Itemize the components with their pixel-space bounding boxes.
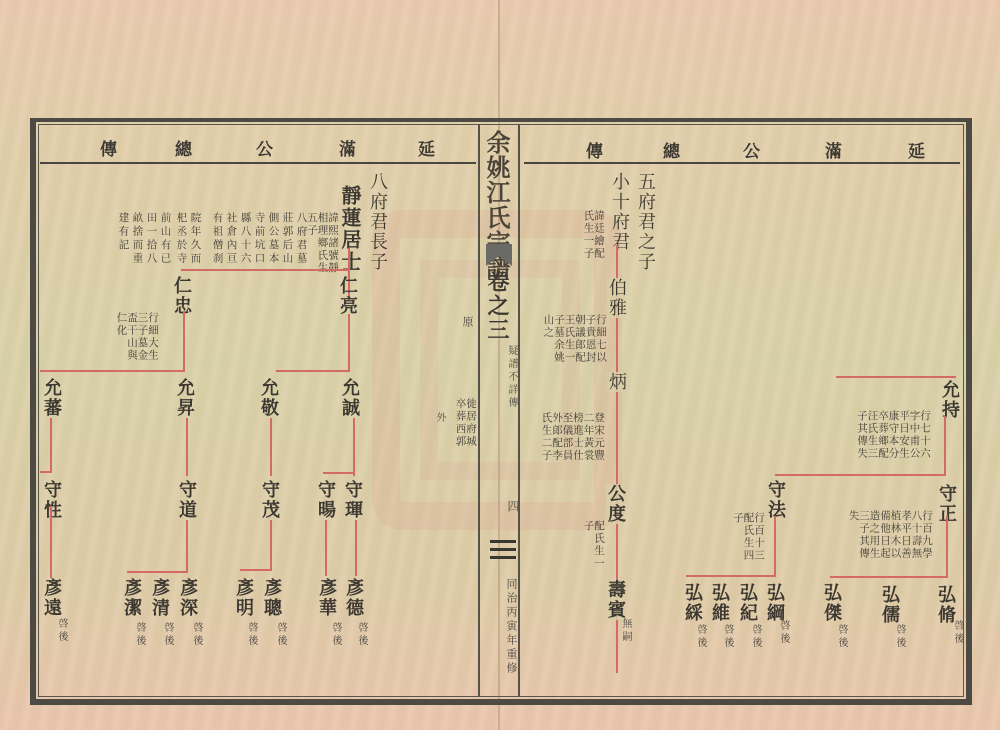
- branch-gen-b-note: 行百九學八十壽無孝平日善植林木以備他日起造之用生三子其傳失: [826, 510, 932, 572]
- root-name-left: 靜蓮居士: [340, 185, 360, 273]
- note-line: 側公墓本: [268, 212, 279, 266]
- lineage-line: [355, 520, 357, 576]
- gen5-name: 彥遠: [42, 578, 60, 618]
- gen5-name: 彥聰: [262, 578, 280, 618]
- header-char: 傳: [100, 135, 117, 160]
- gen-c-note: 啓後: [778, 620, 788, 646]
- note-line: 田一拾八: [146, 212, 157, 266]
- lineage-line: [775, 474, 946, 476]
- gen-c-name: 弘綵: [683, 583, 701, 623]
- extra-note: 外: [434, 412, 444, 425]
- header-char: 滿: [339, 135, 356, 160]
- note-line: 畝捨而重: [132, 212, 143, 266]
- note-line: 縣八十六: [240, 212, 251, 266]
- lineage-line: [774, 516, 776, 576]
- gen-c-note: 啓後: [952, 620, 962, 646]
- gen-c-name: 弘紀: [738, 583, 756, 623]
- note-line: 社倉內亘: [226, 212, 237, 266]
- gen5-note: 啓後: [162, 622, 172, 648]
- note-line: 莊郭后山: [282, 212, 293, 266]
- branch-gen-a: 允持: [940, 380, 958, 420]
- gen-c-name: 弘綱: [765, 583, 783, 623]
- root-note-right: 諱廷繪配氏生一子: [574, 210, 604, 260]
- gen-c-note: 啓後: [722, 624, 732, 650]
- lineage-line: [270, 418, 272, 476]
- gen5-name: 彥明: [234, 578, 252, 618]
- gen-c-name: 弘維: [710, 583, 728, 623]
- gen5-note-right: 無嗣: [620, 618, 630, 644]
- lineage-line: [944, 416, 946, 476]
- gen2-name: 仁亮: [338, 276, 356, 316]
- lineage-line: [181, 269, 349, 271]
- gen-c-note: 啓後: [750, 624, 760, 650]
- gen3-name-right: 炳: [607, 372, 625, 392]
- gen5-name: 彥潔: [122, 578, 140, 618]
- gen4-name-right: 公度: [606, 484, 624, 524]
- lineage-line: [836, 376, 956, 378]
- lineage-line: [686, 575, 776, 577]
- page-number: 四: [507, 500, 519, 515]
- lineage-line: [127, 571, 188, 573]
- note-line: 𣏌丞於寺: [176, 212, 187, 266]
- edition-label: 同治丙寅年重修: [506, 578, 517, 676]
- note-line: 有祖僧刹: [212, 212, 223, 266]
- page-marker-three: [490, 540, 516, 564]
- header-char: 總: [663, 137, 680, 162]
- header-char: 公: [743, 137, 760, 162]
- lineage-line: [325, 520, 327, 576]
- gen-c-note: 啓後: [894, 624, 904, 650]
- note-line: 寺前坑口: [254, 212, 265, 266]
- gen2-name: 仁忠: [172, 276, 190, 316]
- gen3-name: 允誠: [340, 378, 358, 418]
- gen5-note: 啓後: [275, 622, 285, 648]
- gen5-name: 彥深: [178, 578, 196, 618]
- lineage-line: [323, 472, 355, 474]
- header-char: 總: [175, 135, 192, 160]
- gen3-name: 允敬: [259, 378, 277, 418]
- branch-gen-b: 守法: [766, 480, 784, 520]
- lineage-line: [830, 576, 948, 578]
- header-divider-left: [40, 162, 476, 164]
- root-note-left: 諱熙諸號靜相理鄉氏生五子: [310, 212, 338, 282]
- gen5-note: 啓後: [134, 622, 144, 648]
- gen5-note: 啓後: [356, 622, 366, 648]
- gen2-name-right: 伯雅: [607, 278, 625, 318]
- branch-gen-a-note: 行七十六字中甫公平日安生康守本分卒葬鄉配汪氏生三子其傳失: [826, 410, 930, 470]
- gen-c-name: 弘傑: [822, 583, 840, 623]
- lineage-line: [50, 418, 52, 473]
- header-char: 傳: [586, 137, 603, 162]
- gen5-note: 啓後: [191, 622, 201, 648]
- branch-gen-b-note: 行百十三配氏生四子: [724, 512, 764, 572]
- gen2-note-right: 行細七以子貴恩封朝議郎配王氏生一子墓余姚山之: [530, 314, 606, 374]
- gen3-note-right: 登宋元豐二年黃裳榜進士仕至儀部員外郎配李氏生二子: [528, 412, 604, 468]
- gen5-note: 啓後: [56, 618, 66, 644]
- gen5-name: 彥德: [344, 578, 362, 618]
- lineage-line: [240, 569, 272, 571]
- note-line: 前山有已: [160, 212, 171, 266]
- residence-note: 徙居府城卒葬西郭: [450, 398, 476, 456]
- gen4-name: 守道: [177, 480, 195, 520]
- header-char: 延: [908, 137, 925, 162]
- header-char: 滿: [825, 137, 842, 162]
- volume-label: 卷之三: [486, 270, 508, 342]
- lineage-line: [276, 370, 350, 372]
- note-line: 院年久而: [190, 212, 201, 266]
- lineage-line: [183, 312, 185, 372]
- gen4-name: 守暘: [316, 480, 334, 520]
- gen4-name: 守茂: [260, 480, 278, 520]
- gen-c-name: 弘儒: [880, 585, 898, 625]
- header-divider-right: [524, 162, 960, 164]
- spine-annotation: 疑譜不詳傳: [506, 345, 516, 410]
- right-heading: 五府君之子: [636, 172, 654, 272]
- gen5-note: 啓後: [330, 622, 340, 648]
- lineage-line: [40, 471, 52, 473]
- lineage-line: [353, 418, 355, 476]
- lineage-line: [186, 520, 188, 572]
- header-char: 公: [256, 135, 273, 160]
- gen2-note: 行細大生三子墓金盃干山與仁化: [110, 312, 158, 372]
- gen3-name: 允蕃: [42, 378, 60, 418]
- gen4-name: 守琿: [343, 480, 361, 520]
- lineage-line: [946, 516, 948, 576]
- gen3-name: 允昇: [175, 378, 193, 418]
- lineage-line: [270, 520, 272, 570]
- lineage-line: [50, 506, 52, 578]
- origin-note: 原: [462, 316, 473, 330]
- gen4-note-right: 配氏生一子: [574, 520, 604, 576]
- lineage-line: [186, 418, 188, 476]
- left-heading: 八府君長子: [368, 172, 386, 272]
- note-line: 建有記: [118, 212, 129, 253]
- root-name-right: 小十府君: [610, 172, 628, 252]
- lineage-line: [40, 370, 185, 372]
- gen-c-name: 弘脩: [936, 585, 954, 625]
- gen5-note: 啓後: [246, 622, 256, 648]
- gen5-name: 彥清: [150, 578, 168, 618]
- gen-c-note: 啓後: [836, 624, 846, 650]
- lineage-line: [348, 314, 350, 372]
- note-line: 八府君墓: [296, 212, 307, 266]
- gen5-name-right: 壽賓: [606, 580, 624, 620]
- header-char: 延: [418, 135, 435, 160]
- gen-c-note: 啓後: [695, 624, 705, 650]
- gen5-name: 彥華: [317, 578, 335, 618]
